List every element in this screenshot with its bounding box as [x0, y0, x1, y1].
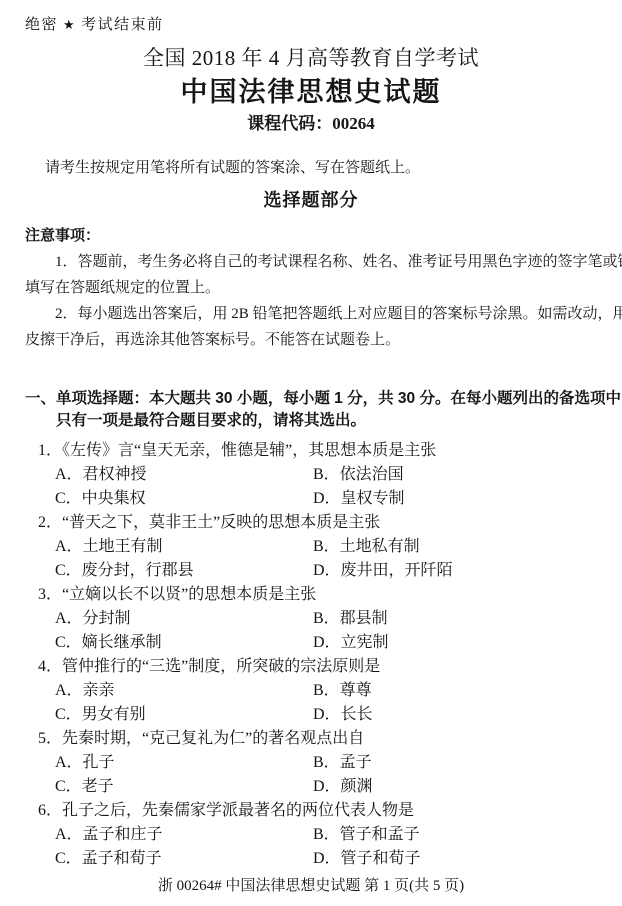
question-4-option-c: C．男女有别	[55, 703, 313, 727]
question-6: 6．孔子之后，先秦儒家学派最著名的两位代表人物是 A．孟子和庄子 B．管子和孟子…	[25, 799, 622, 871]
answer-instruction: 请考生按规定用笔将所有试题的答案涂、写在答题纸上。	[45, 156, 420, 177]
question-1: 1．《左传》言“皇天无亲，惟德是辅”，其思想本质是主张 A．君权神授 B．依法治…	[25, 439, 622, 511]
page-footer: 浙 00264# 中国法律思想史试题 第 1 页(共 5 页)	[0, 874, 622, 895]
question-5-option-d: D．颜渊	[313, 775, 373, 799]
note-2-line-1: 2．每小题选出答案后，用 2B 铅笔把答题纸上对应题目的答案标号涂黑。如需改动，…	[25, 301, 602, 327]
question-2: 2．“普天之下，莫非王土”反映的思想本质是主张 A．土地王有制 B．土地私有制 …	[25, 511, 622, 583]
question-2-option-b: B．土地私有制	[313, 535, 420, 559]
section-header-line-1: 一、单项选择题：本大题共 30 小题，每小题 1 分，共 30 分。在每小题列出…	[25, 388, 622, 410]
exam-paper-page: 绝密★考试结束前 全国 2018 年 4 月高等教育自学考试 中国法律思想史试题…	[0, 0, 622, 906]
note-2-line-2: 皮擦干净后，再选涂其他答案标号。不能答在试题卷上。	[25, 327, 602, 353]
question-4-stem: 4．管仲推行的“三选”制度，所突破的宗法原则是	[38, 655, 622, 679]
question-1-option-d: D．皇权专制	[313, 487, 405, 511]
question-2-stem: 2．“普天之下，莫非王土”反映的思想本质是主张	[38, 511, 622, 535]
question-3-option-c: C．嫡长继承制	[55, 631, 313, 655]
exam-session-title: 全国 2018 年 4 月高等教育自学考试	[0, 42, 622, 72]
notes-block: 注意事项： 1．答题前，考生务必将自己的考试课程名称、姓名、准考证号用黑色字迹的…	[25, 223, 602, 353]
part-title: 选择题部分	[0, 186, 622, 212]
question-5-option-c: C．老子	[55, 775, 313, 799]
question-2-option-c: C．废分封，行郡县	[55, 559, 313, 583]
question-6-option-a: A．孟子和庄子	[55, 823, 313, 847]
question-1-option-b: B．依法治国	[313, 463, 404, 487]
question-6-option-c: C．孟子和荀子	[55, 847, 313, 871]
note-1-line-2: 填写在答题纸规定的位置上。	[25, 275, 602, 301]
section-header: 一、单项选择题：本大题共 30 小题，每小题 1 分，共 30 分。在每小题列出…	[25, 388, 622, 432]
star-icon: ★	[58, 17, 81, 32]
section-header-line-2: 只有一项是最符合题目要求的，请将其选出。	[25, 410, 622, 432]
question-6-option-b: B．管子和孟子	[313, 823, 420, 847]
question-3: 3．“立嫡以长不以贤”的思想本质是主张 A．分封制 B．郡县制 C．嫡长继承制 …	[25, 583, 622, 655]
question-1-option-c: C．中央集权	[55, 487, 313, 511]
question-4-option-d: D．长长	[313, 703, 373, 727]
question-6-option-d: D．管子和荀子	[313, 847, 421, 871]
question-4-option-a: A．亲亲	[55, 679, 313, 703]
question-3-stem: 3．“立嫡以长不以贤”的思想本质是主张	[38, 583, 622, 607]
question-5-option-a: A．孔子	[55, 751, 313, 775]
question-1-option-a: A．君权神授	[55, 463, 313, 487]
question-5-stem: 5．先秦时期，“克己复礼为仁”的著名观点出自	[38, 727, 622, 751]
question-3-option-d: D．立宪制	[313, 631, 389, 655]
question-5: 5．先秦时期，“克己复礼为仁”的著名观点出自 A．孔子 B．孟子 C．老子 D．…	[25, 727, 622, 799]
question-5-option-b: B．孟子	[313, 751, 372, 775]
course-code: 课程代码：00264	[0, 109, 622, 134]
question-3-option-b: B．郡县制	[313, 607, 388, 631]
question-2-option-a: A．土地王有制	[55, 535, 313, 559]
security-prefix: 绝密	[25, 16, 58, 33]
notes-title: 注意事项：	[25, 223, 602, 249]
question-4-option-b: B．尊尊	[313, 679, 372, 703]
question-1-stem: 1．《左传》言“皇天无亲，惟德是辅”，其思想本质是主张	[38, 439, 622, 463]
question-list: 1．《左传》言“皇天无亲，惟德是辅”，其思想本质是主张 A．君权神授 B．依法治…	[25, 439, 622, 871]
note-1-line-1: 1．答题前，考生务必将自己的考试课程名称、姓名、准考证号用黑色字迹的签字笔或钢笔	[25, 249, 602, 275]
security-suffix: 考试结束前	[81, 16, 164, 33]
question-3-option-a: A．分封制	[55, 607, 313, 631]
question-4: 4．管仲推行的“三选”制度，所突破的宗法原则是 A．亲亲 B．尊尊 C．男女有别…	[25, 655, 622, 727]
single-choice-section: 一、单项选择题：本大题共 30 小题，每小题 1 分，共 30 分。在每小题列出…	[25, 388, 622, 871]
paper-title: 中国法律思想史试题	[0, 70, 622, 109]
security-label: 绝密★考试结束前	[25, 13, 164, 34]
question-6-stem: 6．孔子之后，先秦儒家学派最著名的两位代表人物是	[38, 799, 622, 823]
question-2-option-d: D．废井田，开阡陌	[313, 559, 453, 583]
